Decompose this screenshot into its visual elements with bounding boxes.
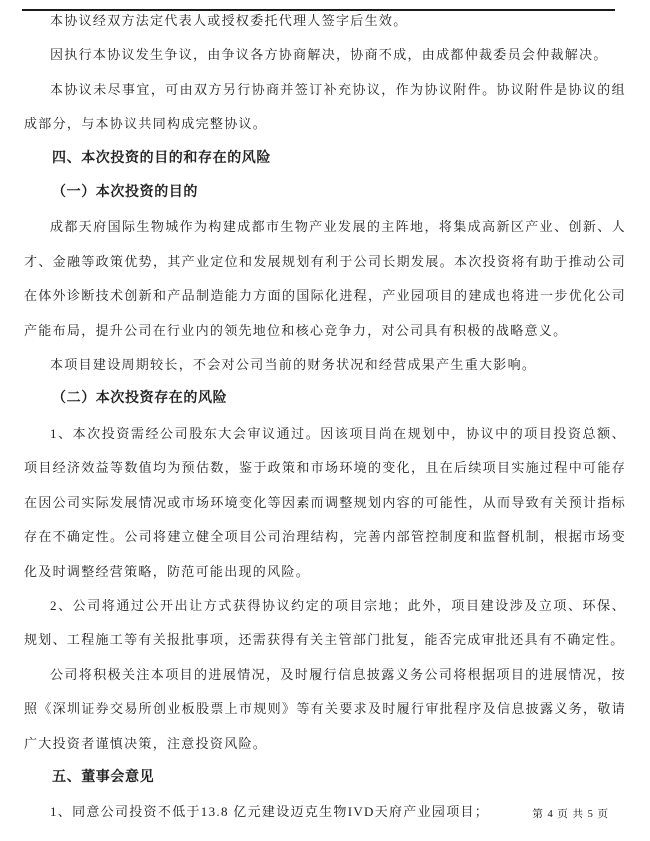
sub-heading: （二）本次投资存在的风险 bbox=[24, 382, 626, 416]
paragraph: 1、本次投资需经公司股东大会审议通过。因该项目尚在规划中，协议中的项目投资总额、… bbox=[24, 417, 626, 589]
paragraph: 成都天府国际生物城作为构建成都市生物产业发展的主阵地，将集成高新区产业、创新、人… bbox=[24, 210, 626, 348]
paragraph: 本协议未尽事宜，可由双方另行协商并签订补充协议，作为协议附件。协议附件是协议的组… bbox=[24, 73, 626, 142]
section-heading: 四、本次投资的目的和存在的风险 bbox=[24, 142, 626, 176]
sub-heading: （一）本次投资的目的 bbox=[24, 176, 626, 210]
paragraph: 本协议经双方法定代表人或授权委托代理人签字后生效。 bbox=[24, 4, 626, 38]
paragraph: 本项目建设周期较长，不会对公司当前的财务状况和经营成果产生重大影响。 bbox=[24, 348, 626, 382]
document-body: 本协议经双方法定代表人或授权委托代理人签字后生效。因执行本协议发生争议，由争议各… bbox=[24, 4, 626, 830]
section-heading: 五、董事会意见 bbox=[24, 761, 626, 795]
paragraph: 公司将积极关注本项目的进展情况，及时履行信息披露义务公司将根据项目的进展情况，按… bbox=[24, 658, 626, 761]
paragraph: 因执行本协议发生争议，由争议各方协商解决，协商不成，由成都仲裁委员会仲裁解决。 bbox=[24, 38, 626, 72]
document-page: 本协议经双方法定代表人或授权委托代理人签字后生效。因执行本协议发生争议，由争议各… bbox=[0, 0, 650, 841]
paragraph: 2、公司将通过公开出让方式获得协议约定的项目宗地；此外，项目建设涉及立项、环保、… bbox=[24, 589, 626, 658]
page-number-indicator: 第 4 页 共 5 页 bbox=[532, 806, 609, 821]
